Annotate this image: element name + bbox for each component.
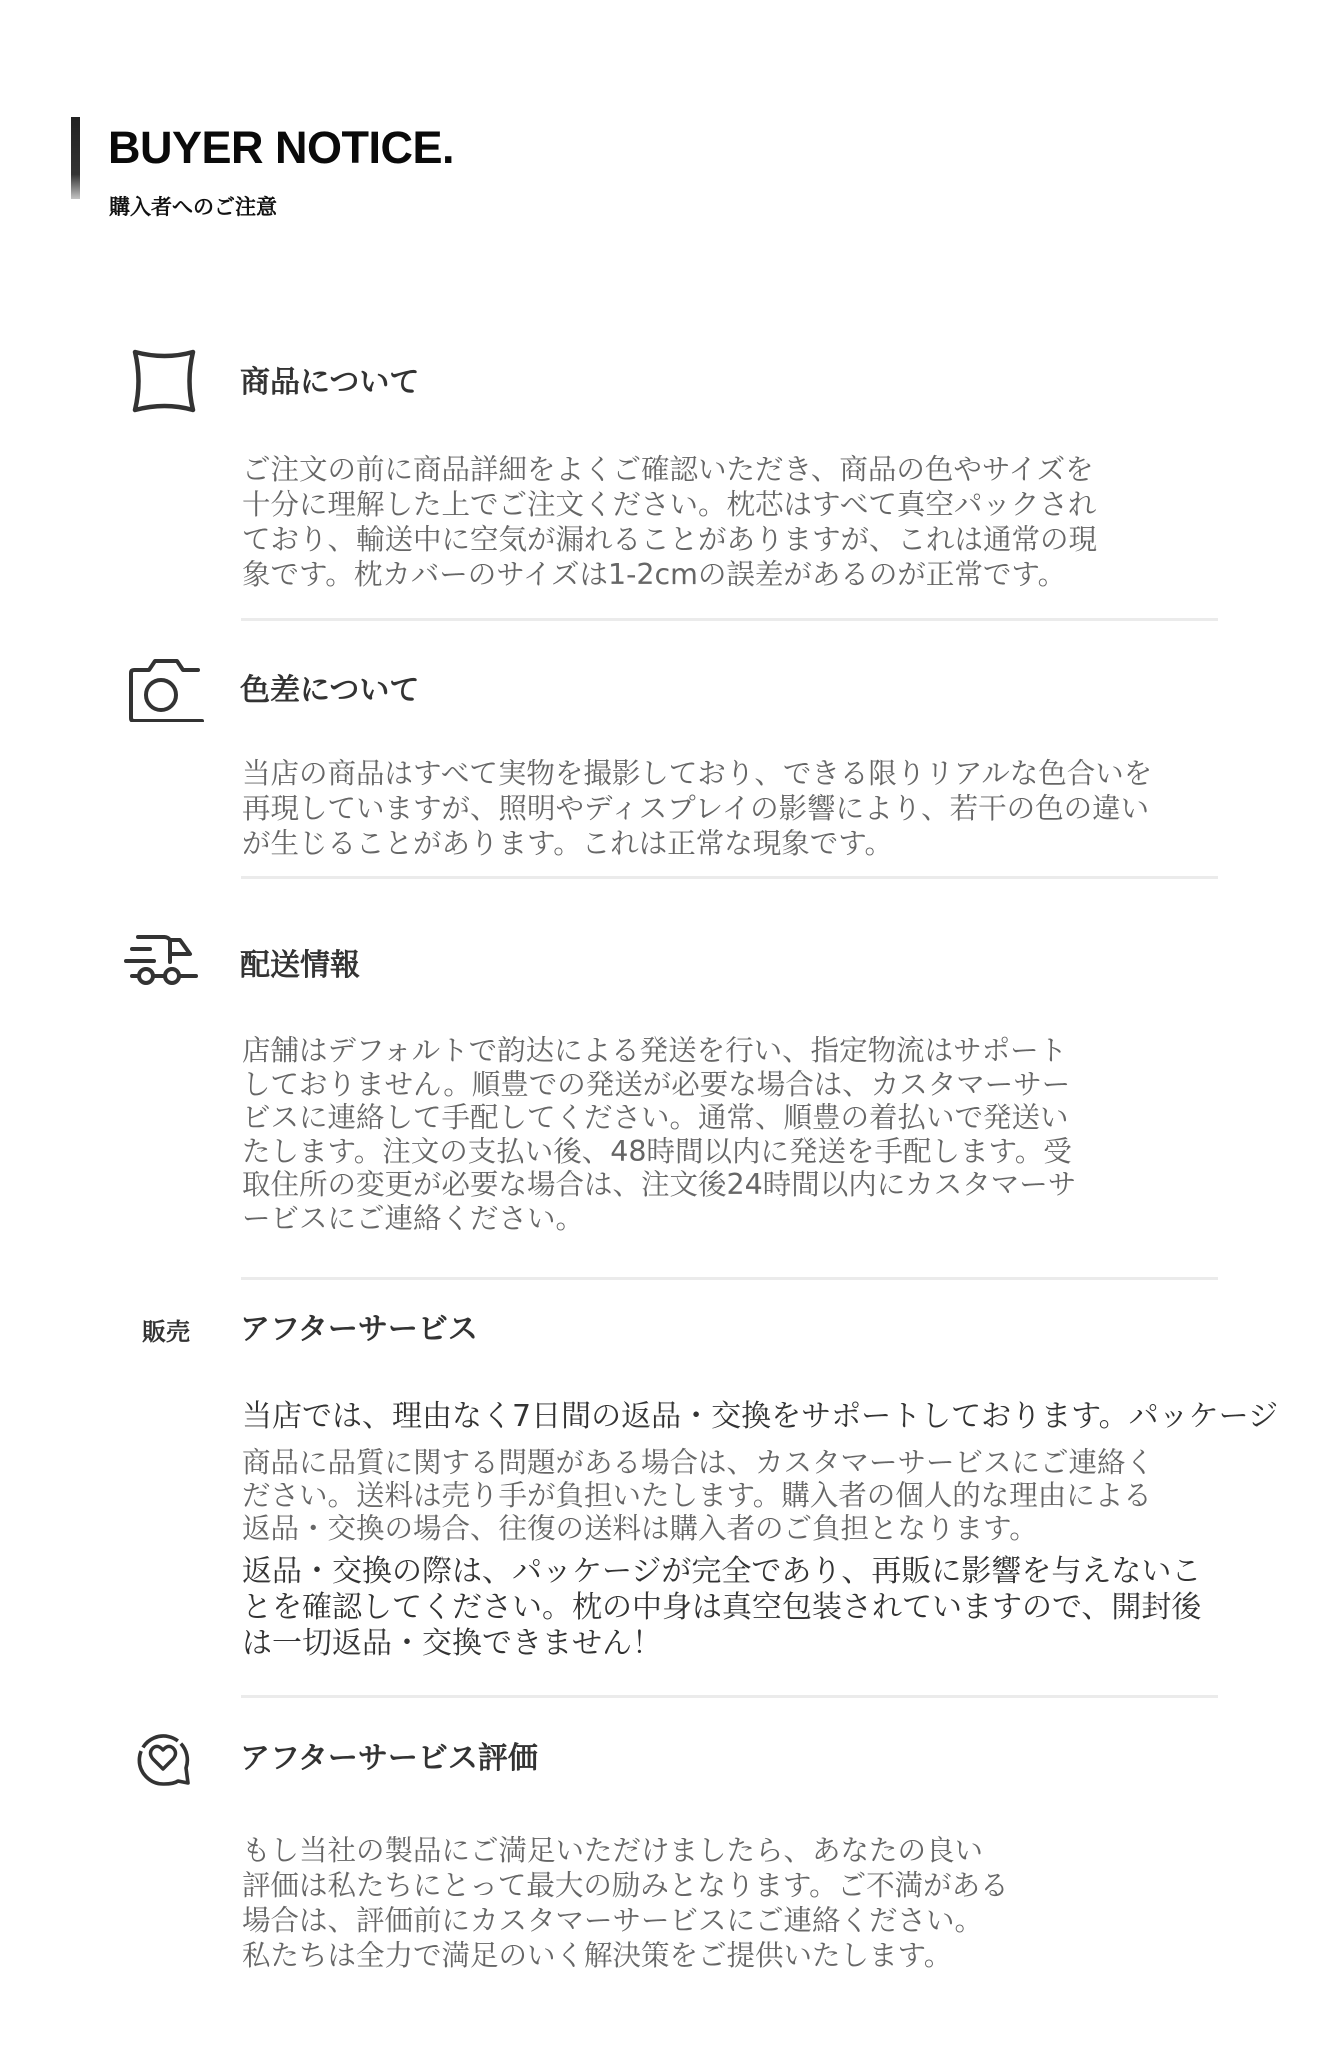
section-divider — [241, 1277, 1218, 1280]
section-note-after-service: 返品・交換の際は、パッケージが完全であり、再販に影響を与えないこ とを確認してく… — [242, 1554, 1201, 1662]
heart-chat-icon — [134, 1730, 192, 1788]
section-lead-after-service: 当店では、理由なく7日間の返品・交換をサポートしております。パッケージ — [242, 1398, 1278, 1436]
section-body-shipping: 店舗はデフォルトで韵达による発送を行い、指定物流はサポート しておりません。順豊… — [242, 1034, 1076, 1235]
section-heading-after-service: アフターサービス — [240, 1312, 478, 1348]
header-accent-bar — [71, 117, 80, 199]
section-body-product: ご注文の前に商品詳細をよくご確認いただき、商品の色やサイズを 十分に理解した上で… — [242, 452, 1097, 592]
delivery-truck-icon — [124, 932, 204, 992]
pillow-icon — [130, 348, 200, 414]
section-divider — [241, 876, 1218, 879]
section-heading-color: 色差について — [240, 673, 419, 709]
section-heading-product: 商品について — [240, 365, 419, 401]
section-divider — [241, 1695, 1218, 1698]
camera-icon — [128, 658, 210, 722]
page-subtitle: 購入者へのご注意 — [109, 193, 277, 221]
section-body-color: 当店の商品はすべて実物を撮影しており、できる限りリアルな色合いを 再現しています… — [242, 756, 1152, 861]
section-body-after-service: 商品に品質に関する問題がある場合は、カスタマーサービスにご連絡く ださい。送料は… — [242, 1446, 1154, 1545]
sale-icon-label: 販売 — [142, 1317, 190, 1347]
section-heading-review: アフターサービス評価 — [240, 1741, 538, 1777]
page-title: BUYER NOTICE. — [108, 122, 454, 174]
section-body-review: もし当社の製品にご満足いただけましたら、あなたの良い 評価は私たちにとって最大の… — [242, 1833, 1009, 1973]
section-divider — [241, 618, 1218, 621]
section-heading-shipping: 配送情報 — [240, 948, 360, 984]
